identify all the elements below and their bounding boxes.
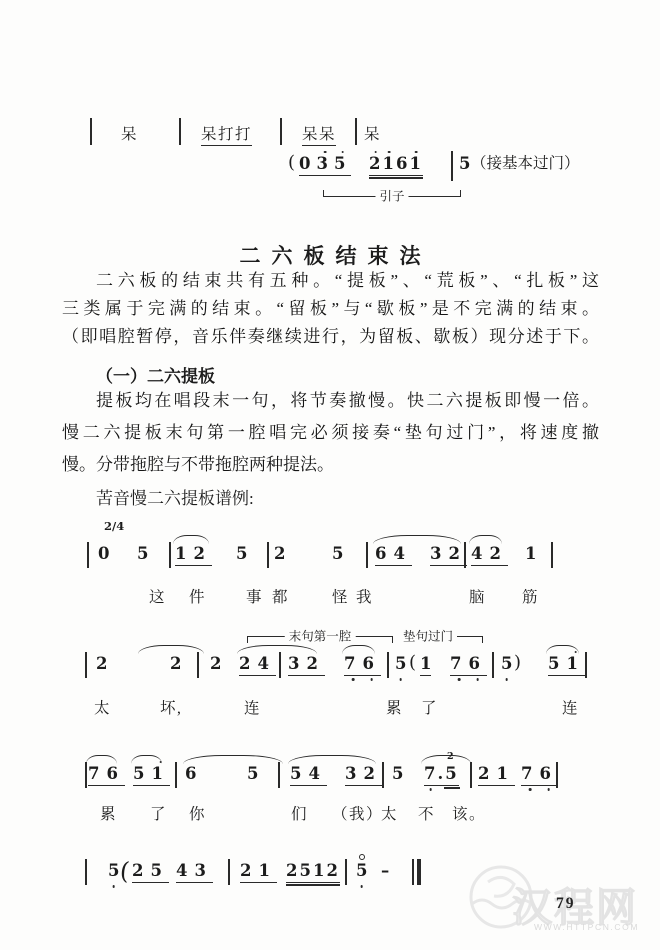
- note-digit: 1: [496, 766, 514, 783]
- barline: [280, 118, 282, 145]
- lyric-syllable: 连: [244, 696, 261, 718]
- lyric-syllable: 连: [562, 696, 579, 718]
- note-token: 0: [98, 546, 109, 563]
- barline: [470, 762, 472, 788]
- note-digit: 1: [566, 656, 584, 673]
- note-digit: 7: [88, 766, 106, 783]
- lyric-syllable: 你: [189, 802, 206, 824]
- note-digit: 5: [548, 656, 566, 673]
- barline: [382, 762, 384, 788]
- note-digit: 5: [290, 766, 308, 783]
- note-token: (: [288, 154, 295, 172]
- note-digit: 5: [299, 863, 312, 880]
- note-digit: 7: [521, 766, 539, 783]
- note-digit: 2: [369, 156, 382, 173]
- lyric-syllable: 呆打打: [201, 122, 252, 146]
- note-token: 2/4: [104, 521, 124, 533]
- note-token: 21: [240, 863, 277, 883]
- note-digit: 2: [448, 546, 466, 563]
- note-token: （接基本过门）: [471, 156, 580, 172]
- note-digit: 2/4: [104, 521, 124, 533]
- lyric-syllable: 累: [386, 696, 403, 718]
- lyric-syllable: 都: [272, 585, 289, 607]
- note-token: 24: [239, 656, 276, 676]
- slur-arc: [183, 755, 283, 764]
- note-digit: 2: [170, 656, 181, 673]
- note-digit: 5: [236, 546, 247, 563]
- phrase-bracket: 引子: [323, 196, 461, 197]
- barline: [87, 542, 89, 568]
- note-token: 5: [332, 546, 343, 563]
- page-number: 79: [556, 895, 576, 913]
- slur-arc: [288, 755, 376, 764]
- note-token: 2161: [369, 156, 423, 176]
- note-token: (: [119, 859, 131, 884]
- note-digit: 5: [332, 546, 343, 563]
- barline: [451, 151, 453, 181]
- note-token: 5: [395, 656, 406, 673]
- note-digit: 5: [247, 766, 258, 783]
- note-digit: 4: [308, 766, 326, 783]
- note-token: 32: [288, 656, 325, 676]
- note-digit: 2: [193, 546, 211, 563]
- lyric-syllable: 累: [100, 802, 117, 824]
- slur-arc: [138, 645, 204, 654]
- note-digit: 2: [286, 863, 299, 880]
- slur-arc: [421, 755, 471, 764]
- note-digit: 3: [430, 546, 448, 563]
- note-digit: 1: [151, 766, 169, 783]
- note-digit: 7: [344, 656, 362, 673]
- lyric-syllable: 件: [189, 585, 206, 607]
- lyric-syllable: 我: [356, 585, 373, 607]
- lyric-syllable: 这: [149, 585, 166, 607]
- barline: [585, 652, 587, 678]
- note-token: 1: [420, 656, 431, 676]
- note-digit: 3: [194, 863, 212, 880]
- barline: [267, 542, 269, 568]
- note-token: 51: [133, 766, 170, 786]
- note-token: 5: [236, 546, 247, 563]
- note-token: ): [514, 654, 521, 672]
- note-digit: 5: [501, 656, 512, 673]
- note-token: 32: [345, 766, 382, 786]
- note-token: 5: [356, 863, 367, 880]
- note-token: 54: [290, 766, 327, 786]
- note-digit: 4: [176, 863, 194, 880]
- note-token: 035: [299, 156, 351, 176]
- lyric-syllable: 坏,: [160, 696, 182, 718]
- lyric-syllable: 呆呆: [302, 122, 336, 146]
- note-digit: 6: [396, 156, 409, 173]
- lyric-syllable: 太: [94, 696, 111, 718]
- barline: [85, 762, 87, 788]
- note-token: 42: [471, 546, 508, 566]
- note-digit: 4: [471, 546, 489, 563]
- phrase-bracket-label: 垫句过门: [399, 627, 457, 645]
- note-digit: 5: [356, 863, 367, 880]
- note-digit: 5: [392, 766, 403, 783]
- phrase-bracket-label: 引子: [375, 187, 408, 205]
- note-digit: 7: [450, 656, 468, 673]
- note-token: 64: [375, 546, 412, 566]
- note-token: 5: [501, 656, 512, 673]
- note-digit: 2: [96, 656, 107, 673]
- note-digit: 0: [98, 546, 109, 563]
- note-digit: (: [409, 654, 416, 672]
- note-digit: 3: [345, 766, 363, 783]
- scanned-score-page: 二六板结束法 二六板的结束共有五种。“提板”、“荒板”、“扎板”这 三类属于完满…: [0, 0, 660, 950]
- slur-arc: [173, 535, 209, 544]
- note-digit: 5: [334, 156, 351, 173]
- slur-arc: [237, 645, 317, 654]
- note-digit: 4: [257, 656, 275, 673]
- note-token: 7.5: [424, 766, 459, 786]
- note-digit: 5: [133, 766, 151, 783]
- phrase-bracket-label: 末句第一腔: [285, 627, 356, 645]
- note-token: 76: [344, 656, 381, 676]
- barline: [90, 118, 92, 145]
- note-token: 2: [170, 656, 181, 673]
- note-digit: –: [381, 863, 389, 880]
- note-token: 2: [274, 546, 285, 563]
- note-token: 25: [132, 863, 169, 883]
- note-digit: 1: [175, 546, 193, 563]
- phrase-bracket: 末句第一腔: [247, 636, 393, 637]
- note-digit: （接基本过门）: [471, 156, 580, 172]
- note-digit: 6: [106, 766, 124, 783]
- slur-arc: [546, 645, 579, 654]
- barline: [179, 118, 181, 145]
- slur-arc: [373, 535, 461, 544]
- note-token: 2512: [286, 863, 340, 883]
- note-digit: (: [288, 154, 295, 172]
- note-token: 76: [450, 656, 487, 676]
- note-digit: 2: [240, 863, 258, 880]
- phrase-bracket: 垫句过门: [403, 636, 483, 637]
- note-digit: 5: [445, 766, 458, 783]
- note-digit: 7: [424, 766, 437, 783]
- lyric-syllable: 了: [421, 696, 438, 718]
- barline: [197, 652, 199, 678]
- lyric-syllable: 了: [150, 802, 167, 824]
- slur-arc: [131, 755, 162, 764]
- grace-note: 2: [447, 751, 454, 762]
- slur-arc: [342, 645, 375, 654]
- lyric-syllable: （我）: [332, 802, 383, 824]
- note-token: 32: [430, 546, 467, 566]
- note-digit: ): [514, 654, 521, 672]
- lyric-syllable: 筋: [522, 585, 539, 607]
- note-token: 2: [96, 656, 107, 673]
- note-digit: .: [437, 766, 445, 783]
- barline: [492, 652, 494, 678]
- note-token: 5: [392, 766, 403, 783]
- music-notation-layer: 呆呆打打呆呆呆(03521615（接基本过门）引子2/4051252564324…: [0, 0, 660, 950]
- note-token: 43: [176, 863, 213, 883]
- lyric-syllable: 该。: [452, 802, 486, 824]
- note-token: 1: [525, 546, 536, 563]
- note-digit: 1: [382, 156, 395, 173]
- lyric-syllable: 们: [291, 802, 308, 824]
- note-digit: 1: [313, 863, 326, 880]
- note-digit: 2: [478, 766, 496, 783]
- lyric-syllable: 呆: [364, 122, 381, 144]
- barline: [412, 859, 414, 885]
- barline: [278, 762, 280, 788]
- note-token: 5: [108, 863, 119, 880]
- note-digit: 2: [210, 656, 221, 673]
- note-digit: 5: [137, 546, 148, 563]
- note-token: 5: [137, 546, 148, 563]
- slur-arc: [469, 535, 502, 544]
- note-digit: 2: [489, 546, 507, 563]
- lyric-syllable: 不: [418, 802, 435, 824]
- note-digit: 2: [239, 656, 257, 673]
- note-digit: 6: [185, 766, 196, 783]
- note-digit: 2: [306, 656, 324, 673]
- note-token: 12: [175, 546, 212, 566]
- lyric-syllable: 太: [381, 802, 398, 824]
- note-token: 5: [459, 156, 470, 173]
- note-digit: 5: [459, 156, 470, 173]
- lyric-syllable: 脑: [469, 585, 486, 607]
- note-digit: 6: [468, 656, 486, 673]
- note-digit: 1: [409, 156, 422, 173]
- lyric-syllable: 呆: [121, 122, 138, 144]
- barline: [85, 859, 87, 885]
- note-token: 21: [478, 766, 515, 786]
- barline: [175, 762, 177, 788]
- barline: [387, 652, 389, 678]
- note-token: 51: [548, 656, 585, 676]
- watermark-url: WWW.HTTPCN.COM: [534, 922, 639, 932]
- note-digit: 6: [539, 766, 557, 783]
- slur-arc: [86, 755, 117, 764]
- note-digit: 6: [375, 546, 393, 563]
- note-digit: 3: [288, 656, 306, 673]
- lyric-syllable: 怪: [332, 585, 349, 607]
- barline: [417, 859, 421, 885]
- barline: [169, 542, 171, 568]
- note-digit: 2: [274, 546, 285, 563]
- note-token: –: [381, 863, 389, 880]
- barline: [551, 542, 553, 568]
- note-digit: 4: [393, 546, 411, 563]
- note-token: (: [409, 654, 416, 672]
- note-digit: 5: [108, 863, 119, 880]
- lyric-syllable: 事: [246, 585, 263, 607]
- note-token: 2: [210, 656, 221, 673]
- barline: [355, 118, 357, 145]
- barline: [85, 652, 87, 678]
- note-digit: 3: [316, 156, 333, 173]
- barline: [345, 859, 347, 885]
- note-digit: 1: [420, 656, 431, 673]
- note-digit: 2: [132, 863, 150, 880]
- barline: [366, 542, 368, 568]
- note-token: 5: [247, 766, 258, 783]
- note-token: 76: [88, 766, 125, 786]
- note-token: 76: [521, 766, 558, 786]
- barline: [228, 859, 230, 885]
- note-digit: 2: [363, 766, 381, 783]
- note-digit: 0: [299, 156, 316, 173]
- note-digit: 6: [362, 656, 380, 673]
- note-digit: 5: [150, 863, 168, 880]
- note-digit: 1: [525, 546, 536, 563]
- note-digit: 5: [395, 656, 406, 673]
- note-digit: 2: [326, 863, 339, 880]
- barline: [279, 652, 281, 678]
- note-token: 6: [185, 766, 196, 783]
- note-digit: (: [119, 859, 131, 884]
- note-digit: 1: [258, 863, 276, 880]
